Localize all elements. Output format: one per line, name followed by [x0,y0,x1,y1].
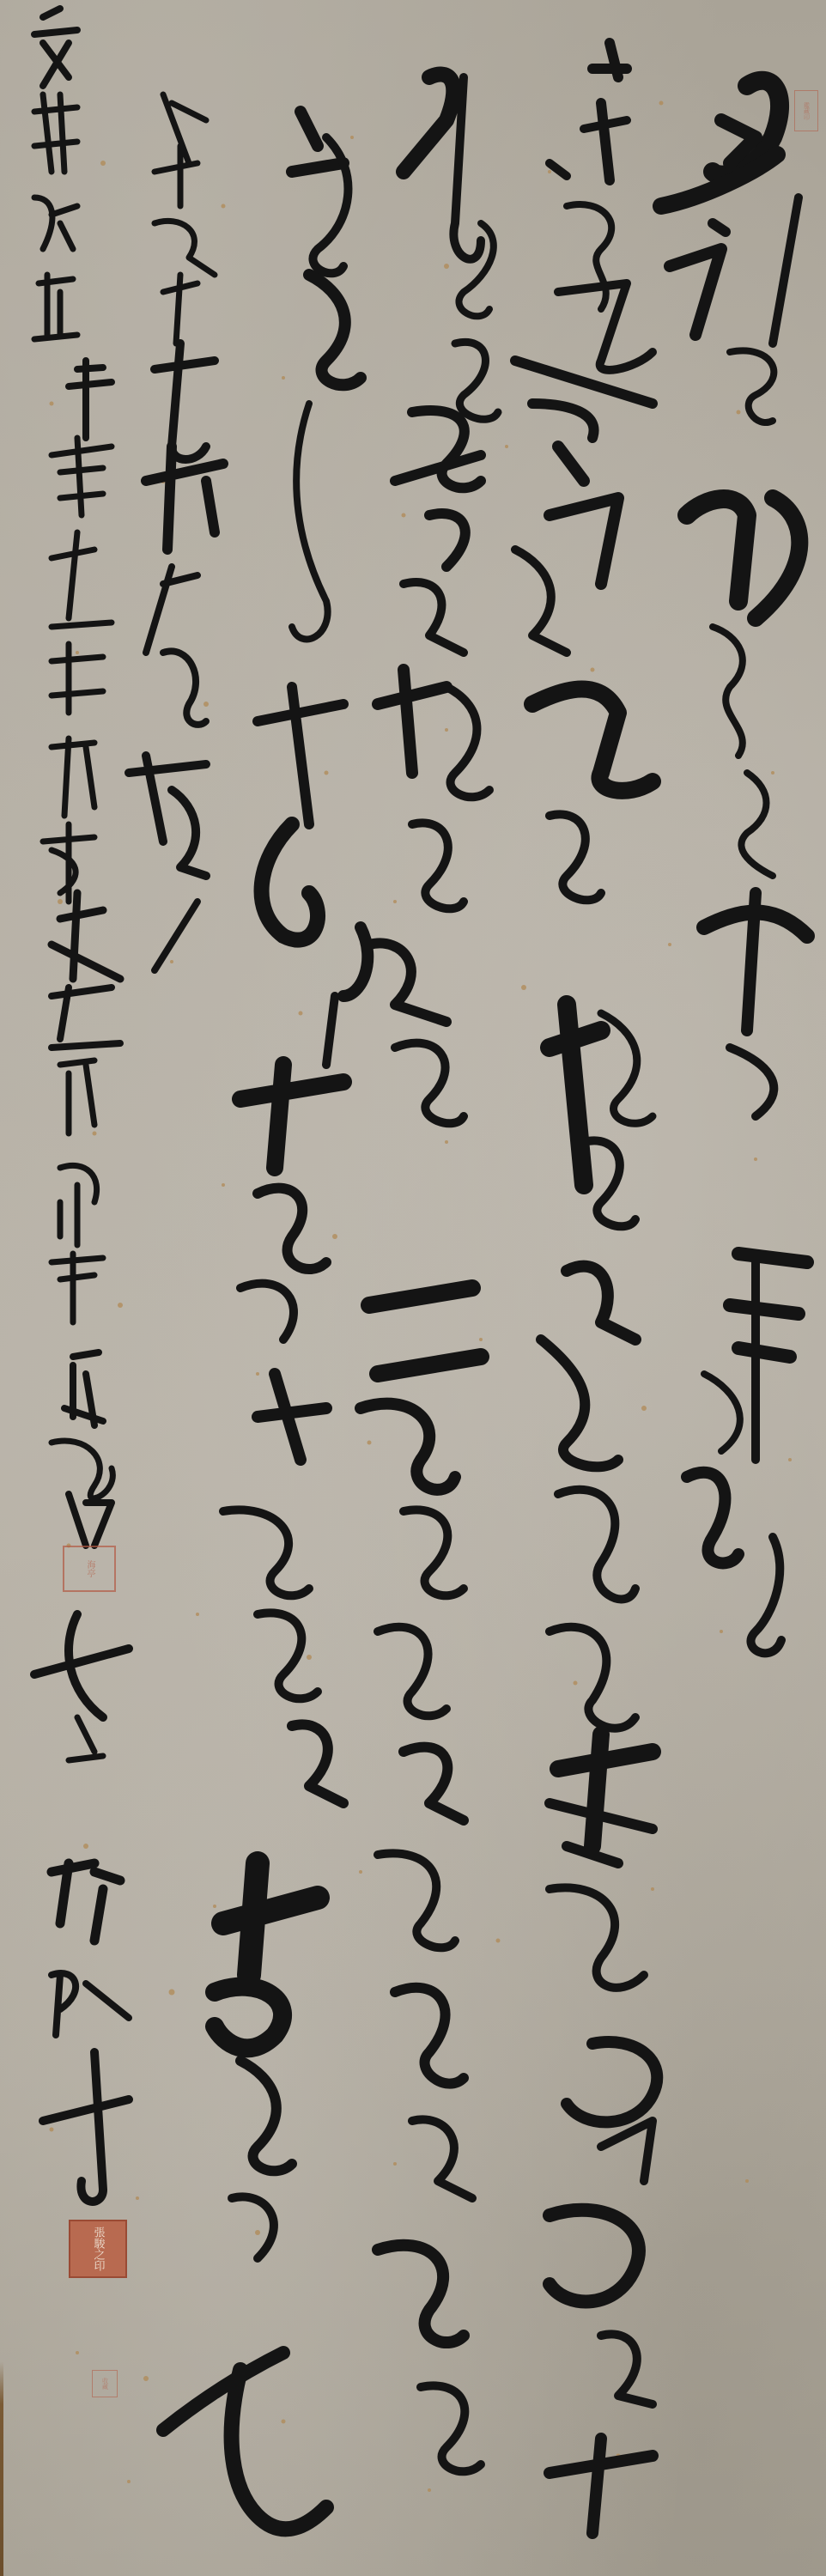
main-column-4: 遺翁…書…之…生…涯…罪…冬…矣 [249,103,298,2507]
inscription-date-line: 戊戌人日…秋八月廿日夜 [155,86,189,945]
main-column-2: 來…成茂…蔽…秋據…擢…後…窗…光青…冊 [550,34,598,2524]
calligraphy-scroll: 鑑藏印 海亭 張駿之印 收藏 且神清…為筆舞徧題 來…成茂…蔽…秋據…擢…後…窗… [0,0,826,2576]
seal-text: 海亭 [85,1560,94,1577]
collector-seal-top-right: 鑑藏印 [794,90,818,131]
seal-text: 收藏 [102,2378,108,2390]
seal-text: 鑑藏印 [804,102,810,120]
inscription-signature-line: 文華殿直中書進階奉訓大夫吏部尚書員外郎海亭張駿書 [43,9,82,2198]
seal-text: 張駿之印 [93,2227,104,2271]
main-column-1: 且神清…為筆舞徧題 [687,69,736,1700]
collector-seal-bottom: 收藏 [92,2370,118,2397]
main-column-3: 何…袁我…接得…入…今是…湯…以…為…無…花 [395,69,444,2473]
mount-edge [0,2361,3,2576]
artist-seal: 張駿之印 [69,2220,127,2278]
